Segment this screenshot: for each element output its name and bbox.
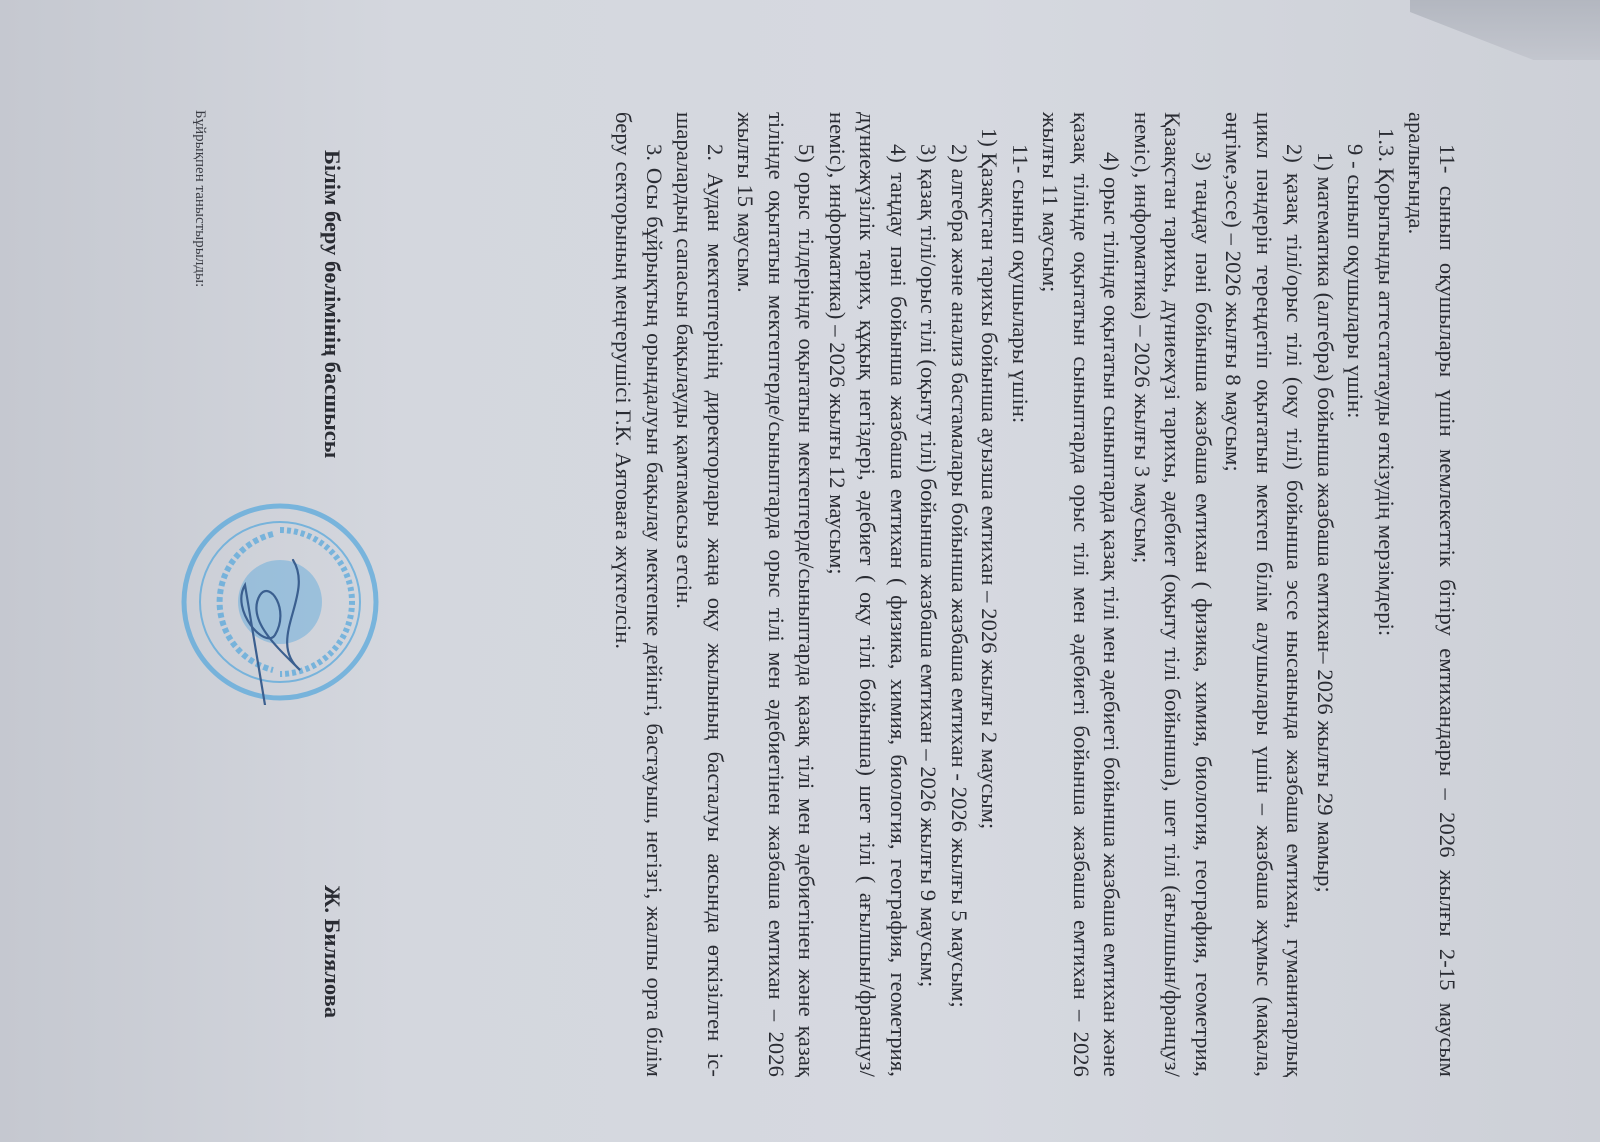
document-page: 11- сынып оқушылары үшін мемлекеттік біт… [0,0,1600,1142]
acquainted-label: Бұйрықпен таныстырылды: [191,110,208,287]
paragraph: 11- сынып оқушылары үшін: [1005,112,1036,1077]
paragraph: 2) қазақ тілі/орыс тілі (оқу тілі) бойын… [1218,112,1310,1077]
paragraph: 2. Аудан мектептерінің директорлары жаңа… [669,112,730,1077]
paragraph: 3) қазақ тілі/орыс тілі (оқыту тілі) бой… [913,112,944,1077]
page-corner-fold [1410,0,1600,60]
signature-block: Білім беру бөлімінің басшысы Ж. Билялова [319,150,345,1050]
document-body: 11- сынып оқушылары үшін мемлекеттік біт… [608,112,1462,1077]
paragraph: 9 - сынып оқушылары үшін: [1340,112,1371,1077]
paragraph: 1.3. Қорытынды аттестаттауды өткізудің м… [1371,112,1402,1077]
paragraph: 5) орыс тілдерінде оқытатын мектептерде/… [730,112,822,1077]
paragraph: 4) таңдау пәні бойынша жазбаша емтихан (… [822,112,914,1077]
photo-background: 11- сынып оқушылары үшін мемлекеттік біт… [0,0,1600,1142]
official-stamp-icon [175,500,385,705]
signatory-title: Білім беру бөлімінің басшысы [319,150,345,458]
paragraph: 1) математика (алгебра) бойынша жазбаша … [1310,112,1341,1077]
paragraph: 3. Осы бұйрықтың орындалуын бақылау мект… [608,112,669,1077]
signatory-name: Ж. Билялова [319,885,345,1018]
paragraph: 2) алгебра және анализ бастамалары бойын… [944,112,975,1077]
paragraph: 1) Қазақстан тарихы бойынша ауызша емтих… [974,112,1005,1077]
paragraph: 4) орыс тілінде оқытатын сыныптарда қаза… [1035,112,1127,1077]
paragraph: 11- сынып оқушылары үшін мемлекеттік біт… [1401,112,1462,1077]
paragraph: 3) таңдау пәні бойынша жазбаша емтихан (… [1127,112,1219,1077]
